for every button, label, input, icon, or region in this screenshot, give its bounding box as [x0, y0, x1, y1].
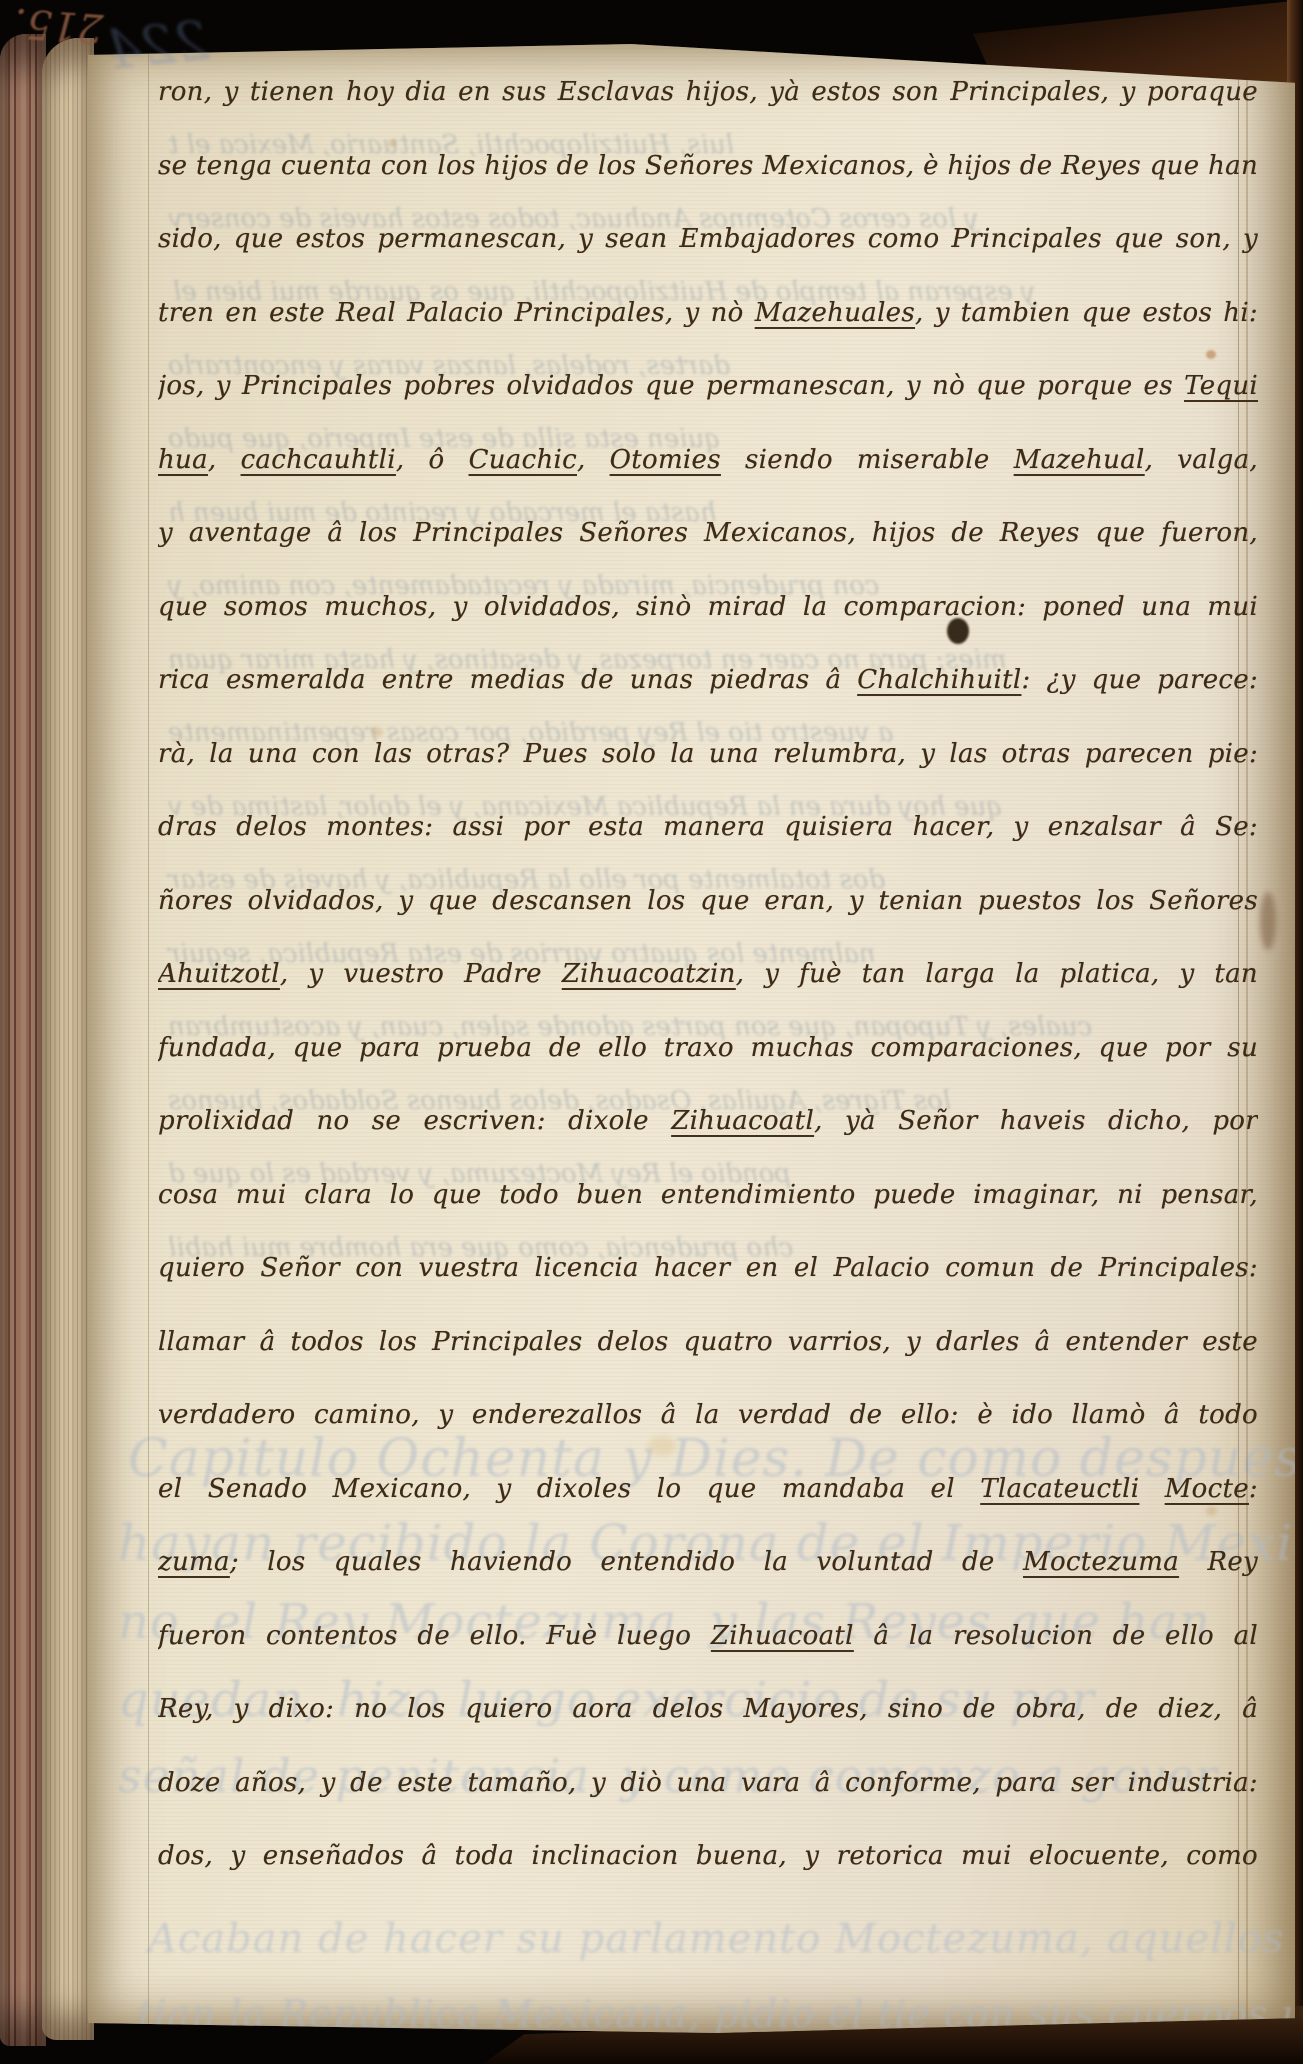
- underlined-word: Moctezuma: [1023, 1547, 1179, 1577]
- underlined-word: zuma: [158, 1547, 230, 1577]
- manuscript-line: ron, y tienen hoy dia en sus Esclavas hi…: [158, 70, 1258, 117]
- manuscript-line: prolixidad no se escriven: dixole Zihuac…: [158, 1099, 1258, 1146]
- ink-smudge: [1260, 892, 1276, 950]
- manuscript-word-run: siendo miserable: [721, 445, 1014, 475]
- manuscript-word-run: que somos muchos, y olvidados, sinò mira…: [158, 592, 1258, 622]
- stacked-page-edges: [42, 38, 94, 2040]
- underlined-word: Mazehual: [1014, 445, 1145, 475]
- manuscript-line: rà, la una con las otras? Pues solo la u…: [158, 732, 1258, 779]
- manuscript-line: hua, cachcauhtli, ô Cuachic, Otomies sie…: [158, 438, 1258, 485]
- manuscript-line: Ahuitzotl, y vuestro Padre Zihuacoatzin,…: [158, 952, 1258, 999]
- manuscript-word-run: tren en este Real Palacio Principales, y…: [158, 298, 755, 328]
- manuscript-word-run: , y vuestro Padre: [280, 959, 562, 989]
- underlined-word: Ahuitzotl: [158, 959, 280, 989]
- manuscript-line: sido, que estos permanescan, y sean Emba…: [158, 217, 1258, 264]
- manuscript-word-run: jos, y Principales pobres olvidados que …: [158, 371, 1184, 401]
- manuscript-word-run: Rey: [1179, 1547, 1258, 1577]
- manuscript-word-run: ron, y tienen hoy dia en sus Esclavas hi…: [158, 77, 1258, 107]
- manuscript-word-run: el Senado Mexicano, y dixoles lo que man…: [158, 1474, 980, 1504]
- manuscript-word-run: , y tambien que estos hi:: [915, 298, 1258, 328]
- manuscript-line: dras delos montes: assi por esta manera …: [158, 805, 1258, 852]
- manuscript-line: el Senado Mexicano, y dixoles lo que man…: [158, 1467, 1258, 1514]
- manuscript-line: fundada, que para prueba de ello traxo m…: [158, 1026, 1258, 1073]
- manuscript-line: doze años, y de este tamaño, y diò una v…: [158, 1761, 1258, 1808]
- manuscript-word-run: , yà Señor haveis dicho, por: [814, 1106, 1258, 1136]
- underlined-word: Mazehuales: [755, 298, 915, 328]
- manuscript-line: fueron contentos de ello. Fuè luego Zihu…: [158, 1614, 1258, 1661]
- manuscript-line: tren en este Real Palacio Principales, y…: [158, 291, 1258, 338]
- manuscript-line: quiero Señor con vuestra licencia hacer …: [158, 1246, 1258, 1293]
- manuscript-word-run: llamar â todos los Principales delos qua…: [158, 1327, 1258, 1357]
- underlined-word: Chalchihuitl: [857, 665, 1021, 695]
- blue-number-bleed: 224: [103, 9, 212, 82]
- manuscript-word-run: prolixidad no se escriven: dixole: [158, 1106, 671, 1136]
- manuscript-line: ñores olvidados, y que descansen los que…: [158, 879, 1258, 926]
- left-margin-rule: [148, 44, 149, 2036]
- underlined-word: cachcauhtli: [241, 445, 396, 475]
- manuscript-word-run: :: [1249, 1474, 1258, 1504]
- book-fore-edge-stripes: [0, 34, 46, 2046]
- underlined-word: Otomies: [610, 445, 721, 475]
- manuscript-word-run: fueron contentos de ello. Fuè luego: [158, 1621, 711, 1651]
- manuscript-line: jos, y Principales pobres olvidados que …: [158, 364, 1258, 411]
- manuscript-line: llamar â todos los Principales delos qua…: [158, 1320, 1258, 1367]
- manuscript-line: que somos muchos, y olvidados, sinò mira…: [158, 585, 1258, 632]
- manuscript-word-run: ñores olvidados, y que descansen los que…: [158, 886, 1258, 916]
- underlined-word: Tlacateuctli: [980, 1474, 1139, 1504]
- underlined-word: Mocte: [1165, 1474, 1249, 1504]
- manuscript-word-run: , y fuè tan larga la platica, y tan: [736, 959, 1258, 989]
- manuscript-word-run: rica esmeralda entre medias de unas pied…: [158, 665, 857, 695]
- manuscript-line: rica esmeralda entre medias de unas pied…: [158, 658, 1258, 705]
- manuscript-word-run: , ô: [396, 445, 469, 475]
- underlined-word: Zihuacoatzin: [562, 959, 736, 989]
- manuscript-word-run: ,: [208, 445, 241, 475]
- manuscript-photo: luis, Huitzilopochtli, Santuario, Mexica…: [0, 0, 1303, 2064]
- manuscript-word-run: dras delos montes: assi por esta manera …: [158, 812, 1258, 842]
- manuscript-line: verdadero camino, y enderezallos â la ve…: [158, 1393, 1258, 1440]
- manuscript-word-run: sido, que estos permanescan, y sean Emba…: [158, 224, 1258, 264]
- manuscript-line: y aventage â los Principales Señores Mex…: [158, 511, 1258, 558]
- manuscript-line: cosa mui clara lo que todo buen entendim…: [158, 1173, 1258, 1220]
- page-number-bleed: 215.: [13, 0, 105, 51]
- manuscript-word-run: ,: [577, 445, 610, 475]
- manuscript-line: zuma; los quales haviendo entendido la v…: [158, 1540, 1258, 1587]
- manuscript-word-run: Rey, y dixo: no los quiero aora delos Ma…: [158, 1694, 1258, 1724]
- manuscript-word-run: , valga,: [1145, 445, 1258, 475]
- manuscript-word-run: [1139, 1474, 1164, 1504]
- manuscript-word-run: fundada, que para prueba de ello traxo m…: [158, 1033, 1258, 1063]
- manuscript-word-run: verdadero camino, y enderezallos â la ve…: [158, 1400, 1258, 1430]
- underlined-word: Zihuacoatl: [711, 1621, 854, 1651]
- page-surface: luis, Huitzilopochtli, Santuario, Mexica…: [88, 44, 1295, 2036]
- manuscript-word-run: rà, la una con las otras? Pues solo la u…: [158, 739, 1258, 769]
- manuscript-line: dos, y enseñados â toda inclinacion buen…: [158, 1834, 1258, 1881]
- underlined-word: Cuachic: [469, 445, 577, 475]
- manuscript-word-run: quiero Señor con vuestra licencia hacer …: [158, 1253, 1258, 1283]
- manuscript-word-run: â la resolucion de ello al: [854, 1621, 1258, 1651]
- manuscript-word-run: cosa mui clara lo que todo buen entendim…: [158, 1180, 1258, 1210]
- manuscript-line: Rey, y dixo: no los quiero aora delos Ma…: [158, 1687, 1258, 1734]
- manuscript-word-run: se tenga cuenta con los hijos de los Señ…: [158, 151, 1258, 181]
- manuscript-word-run: : ¿y que parece:: [1021, 665, 1258, 695]
- underlined-word: Zihuacoatl: [671, 1106, 814, 1136]
- chapter-bleed-text: Acaban de hacer su parlamento Moctezuma,…: [148, 1916, 1303, 1962]
- manuscript-line: se tenga cuenta con los hijos de los Señ…: [158, 144, 1258, 191]
- manuscript-word-run: dos, y enseñados â toda inclinacion buen…: [158, 1841, 1258, 1871]
- underlined-word: Tequi: [1184, 371, 1258, 401]
- stain: [1206, 350, 1216, 359]
- manuscript-word-run: ; los quales haviendo entendido la volun…: [230, 1547, 1023, 1577]
- manuscript-word-run: y aventage â los Principales Señores Mex…: [158, 518, 1258, 548]
- underlined-word: hua: [158, 445, 208, 475]
- manuscript-word-run: doze años, y de este tamaño, y diò una v…: [158, 1768, 1258, 1798]
